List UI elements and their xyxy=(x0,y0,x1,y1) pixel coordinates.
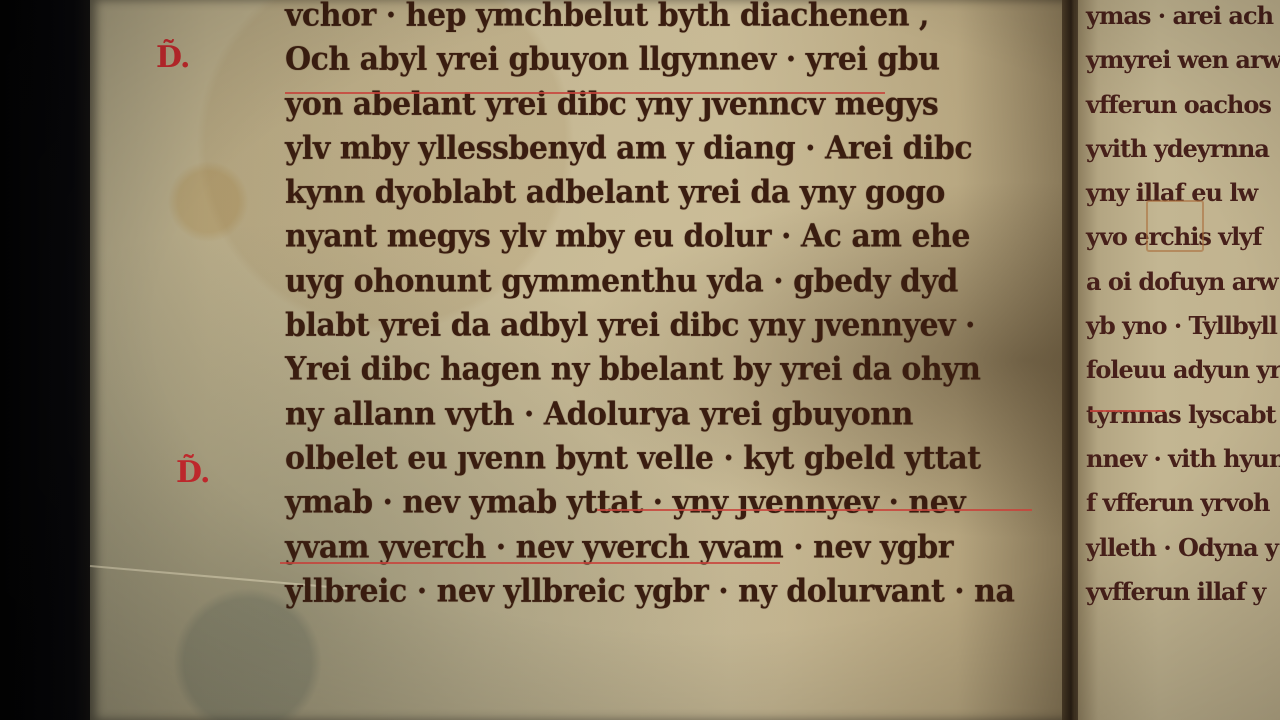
manuscript-line: tyrnnas lyscabt xyxy=(1086,393,1280,437)
manuscript-line: ymas · arei ach xyxy=(1086,0,1280,38)
red-underline-rule xyxy=(280,562,780,564)
red-underline-rule xyxy=(597,509,1032,511)
manuscript-line: yvfferun illaf y xyxy=(1086,570,1280,614)
manuscript-line: yllbreic · nev yllbreic ygbr · ny dolurv… xyxy=(285,569,1060,616)
manuscript-line: f vfferun yrvoh xyxy=(1086,481,1280,525)
manuscript-line: yvith ydeyrnna xyxy=(1086,127,1280,171)
rubric-margin-mark: D̃. xyxy=(156,40,188,75)
manuscript-line: yon abelant yrei dibc yny ȷvenncv megys xyxy=(285,81,1060,128)
boxed-word-frame xyxy=(1146,200,1204,252)
manuscript-line: blabt yrei da adbyl yrei dibc yny ȷvenny… xyxy=(285,303,1060,350)
manuscript-line: foleuu adyun yr xyxy=(1086,348,1280,392)
rubric-margin-mark: D̃. xyxy=(176,455,208,490)
manuscript-line: ylv mby yllessbenyd am y diang · Arei di… xyxy=(285,126,1060,173)
manuscript-line: yb yno · Tyllbyll xyxy=(1086,304,1280,348)
manuscript-line: vchor · hep ymchbelut byth diachenen , xyxy=(285,0,1060,39)
manuscript-line: vfferun oachos xyxy=(1086,83,1280,127)
manuscript-line: a oi dofuyn arw xyxy=(1086,260,1280,304)
dark-background xyxy=(0,0,92,720)
manuscript-line: nnev · vith hyuny xyxy=(1086,437,1280,481)
manuscript-line: ymyrei wen arw xyxy=(1086,38,1280,82)
manuscript-line: ny allann vyth · Adolurya yrei gbuyonn xyxy=(285,392,1060,439)
red-underline-rule xyxy=(285,92,885,94)
manuscript-line: uyg ohonunt gymmenthu yda · gbedy dyd xyxy=(285,259,1060,306)
manuscript-line: nyant megys ylv mby eu dolur · Ac am ehe xyxy=(285,214,1060,261)
manuscript-line: yvam yverch · nev yverch yvam · nev ygbr xyxy=(285,524,1060,571)
manuscript-line: olbelet eu ȷvenn bynt velle · kyt gbeld … xyxy=(285,436,1060,483)
facing-text-column: ymas · arei ach ymyrei wen arw vfferun o… xyxy=(1086,0,1280,614)
manuscript-line: ylleth · Odyna y xyxy=(1086,526,1280,570)
manuscript-line: kynn dyoblabt adbelant yrei da yny gogo xyxy=(285,170,1060,217)
manuscript-line: Yrei dibc hagen ny bbelant by yrei da oh… xyxy=(285,347,1060,394)
manuscript-line: Och abyl yrei gbuyon llgynnev · yrei gbu xyxy=(285,37,1060,84)
manuscript-line: ymab · nev ymab yttat · yny ȷvennyev · n… xyxy=(285,480,1060,527)
red-underline-rule xyxy=(1090,410,1165,412)
